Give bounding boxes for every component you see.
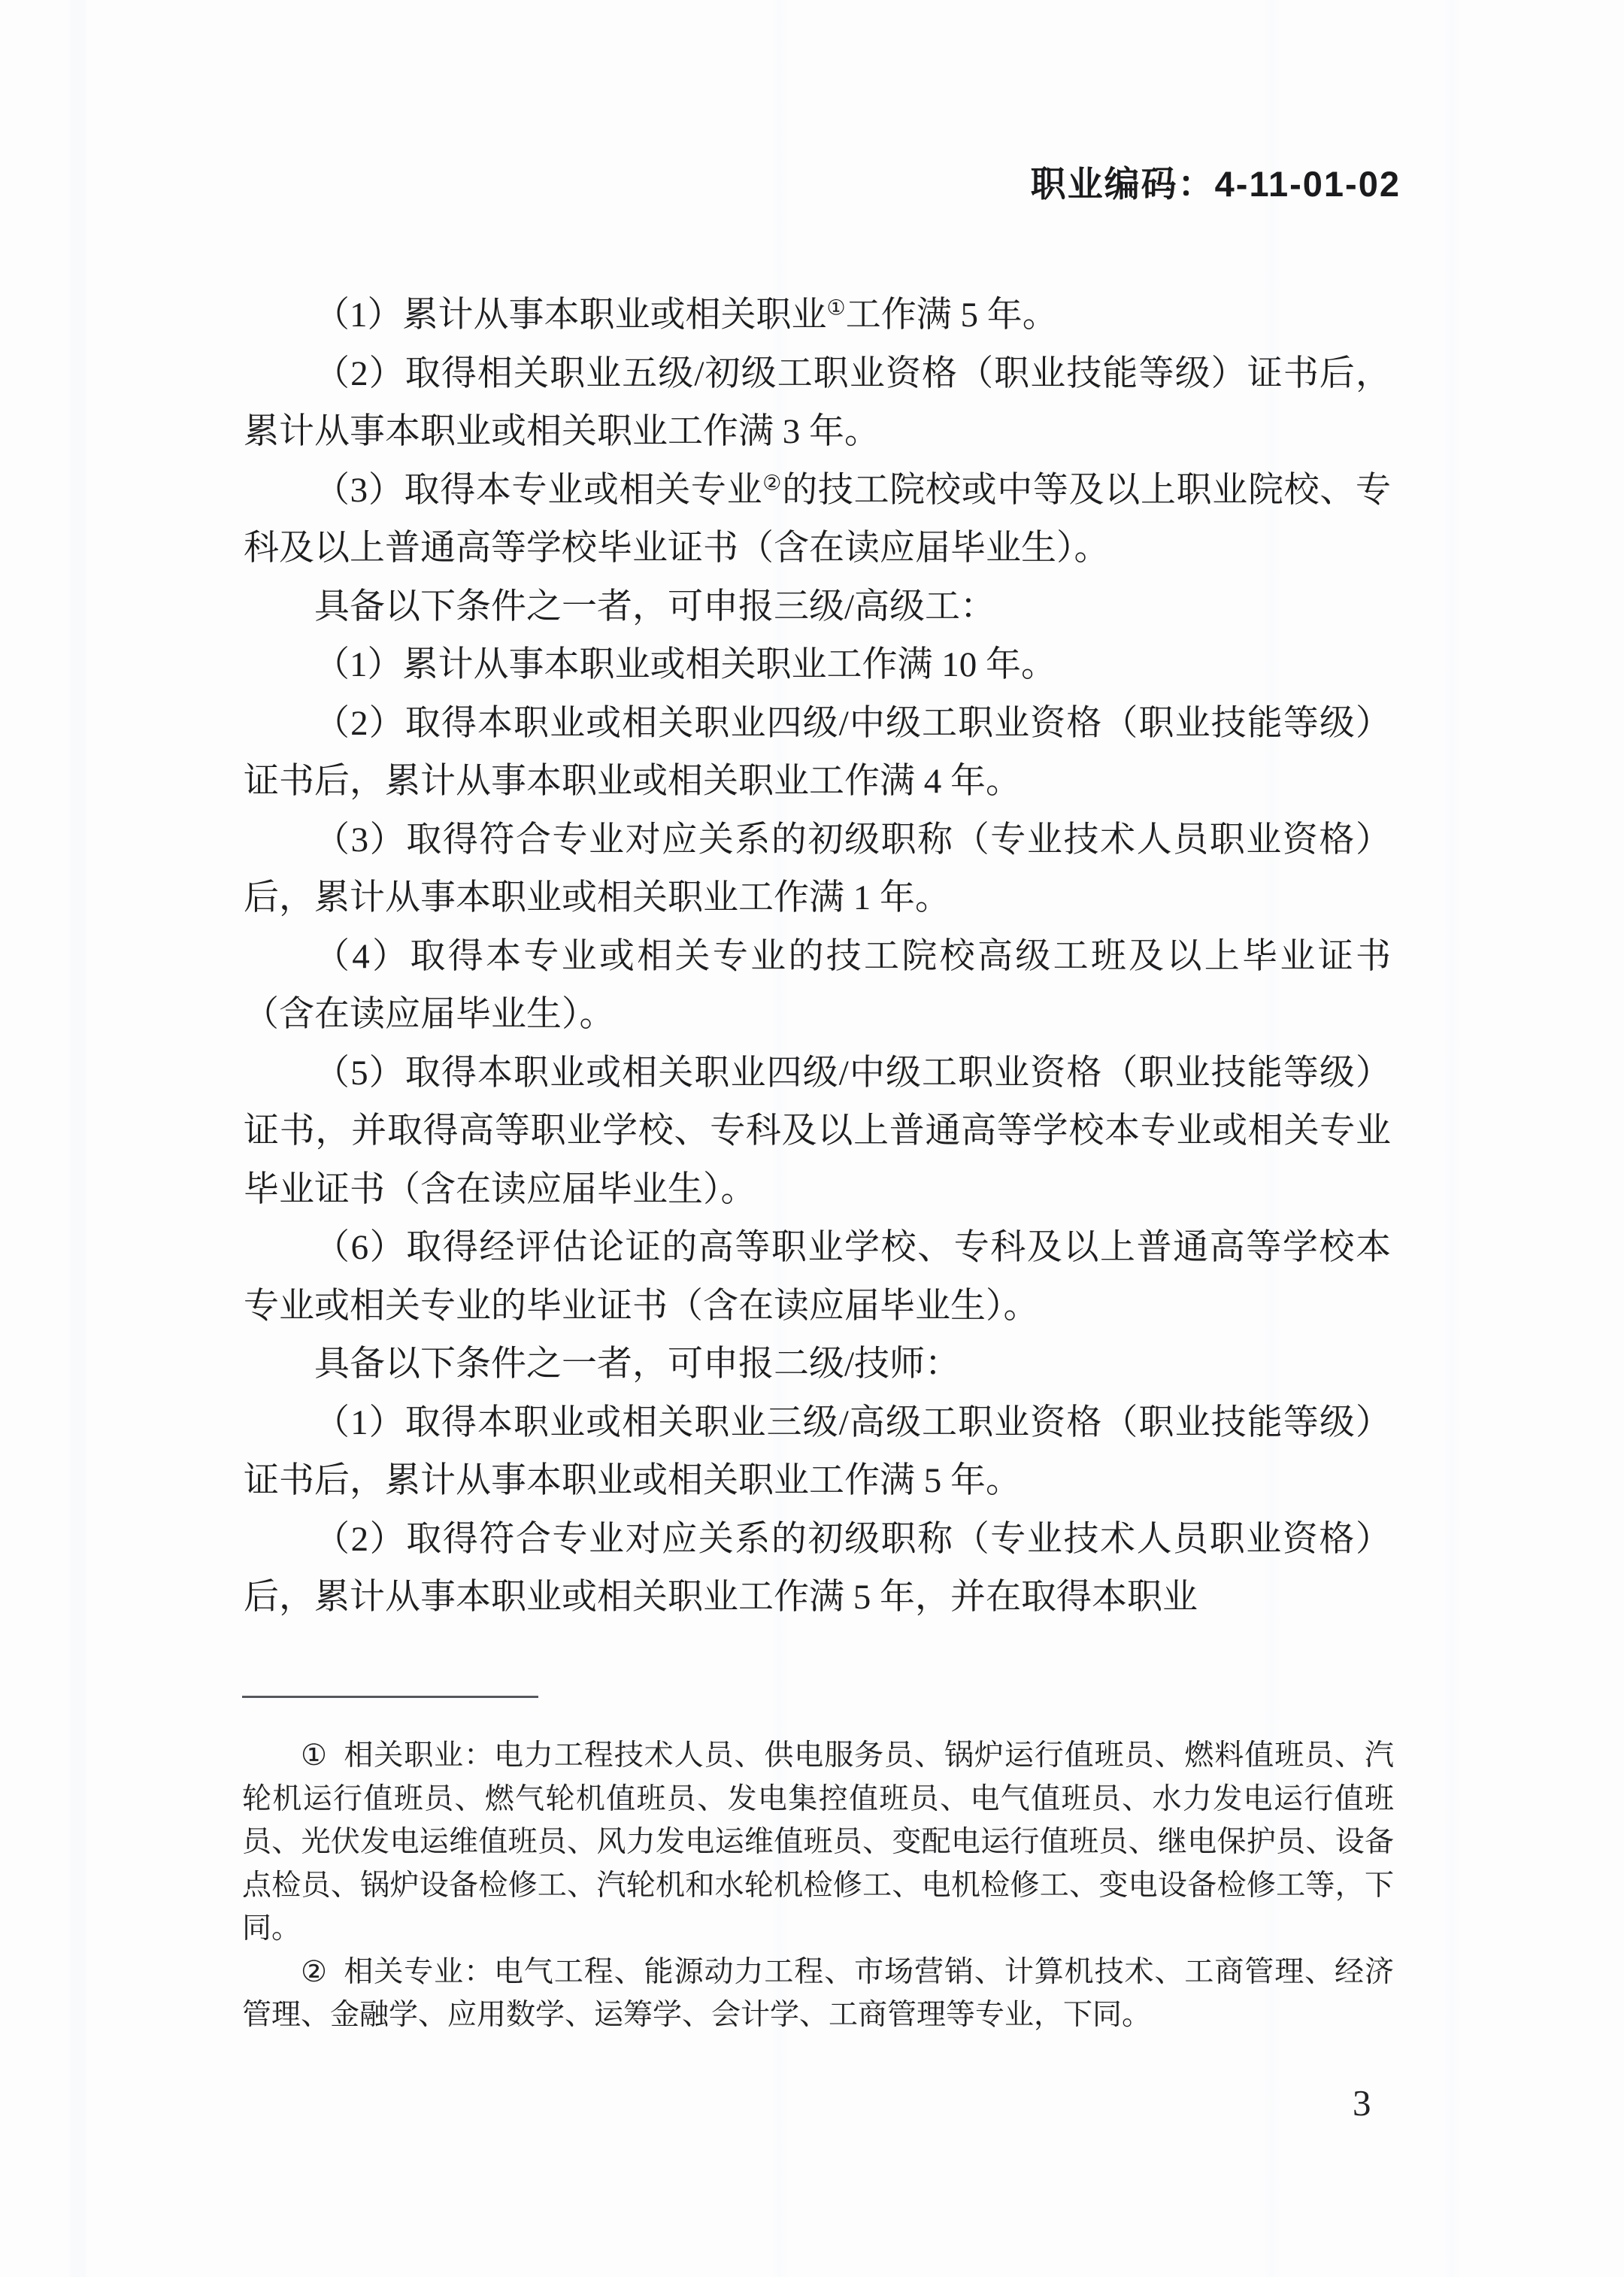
footnotes: ①相关职业：电力工程技术人员、供电服务员、锅炉运行值班员、燃料值班员、汽轮机运行… [242,1734,1394,2037]
paragraph: （2）取得本职业或相关职业四级/中级工职业资格（职业技能等级）证书后，累计从事本… [244,695,1391,811]
paragraph: （2）取得相关职业五级/初级工职业资格（职业技能等级）证书后，累计从事本职业或相… [244,345,1391,462]
footnote-text: 相关专业：电气工程、能源动力工程、市场营销、计算机技术、工商管理、经济管理、金融… [242,1956,1394,2032]
text-segment: （2）取得相关职业五级/初级工职业资格（职业技能等级）证书后，累计从事本职业或相… [244,354,1391,452]
text-segment: 工作满 5 年。 [846,296,1058,335]
paragraph: （1）累计从事本职业或相关职业工作满 10 年。 [244,636,1391,695]
body-text: （1）累计从事本职业或相关职业①工作满 5 年。（2）取得相关职业五级/初级工职… [244,287,1391,1648]
text-segment: （4）取得本专业或相关专业的技工院校高级工班及以上毕业证书（含在读应届毕业生）。 [244,937,1391,1035]
paragraph: （6）取得经评估论证的高等职业学校、专科及以上普通高等学校本专业或相关专业的毕业… [244,1219,1391,1336]
text-segment: （3）取得符合专业对应关系的初级职称（专业技术人员职业资格）后，累计从事本职业或… [244,820,1391,918]
occupation-code: 职业编码：4-11-01-02 [1031,164,1401,204]
text-segment: （5）取得本职业或相关职业四级/中级工职业资格（职业技能等级）证书，并取得高等职… [244,1054,1391,1209]
text-segment: （3）取得本专业或相关专业 [314,471,762,510]
text-segment: （2）取得符合专业对应关系的初级职称（专业技术人员职业资格）后，累计从事本职业或… [244,1520,1391,1618]
paragraph: 具备以下条件之一者，可申报二级/技师： [244,1336,1391,1394]
text-segment: （1）累计从事本职业或相关职业 [314,296,827,335]
text-segment: 具备以下条件之一者，可申报二级/技师： [314,1345,960,1384]
footnote-ref: ② [762,471,782,495]
footnote-marker: ① [301,1739,328,1772]
paragraph: （5）取得本职业或相关职业四级/中级工职业资格（职业技能等级）证书，并取得高等职… [244,1045,1391,1220]
paragraph: （1）取得本职业或相关职业三级/高级工职业资格（职业技能等级）证书后，累计从事本… [244,1394,1391,1511]
footnote-separator [242,1696,538,1698]
page-header: 职业编码：4-11-01-02 [1031,156,1401,207]
footnote-text: 相关职业：电力工程技术人员、供电服务员、锅炉运行值班员、燃料值班员、汽轮机运行值… [242,1739,1394,1945]
text-segment: （1）累计从事本职业或相关职业工作满 10 年。 [314,645,1056,684]
text-segment: （1）取得本职业或相关职业三级/高级工职业资格（职业技能等级）证书后，累计从事本… [244,1403,1391,1501]
page-number: 3 [1353,2081,1371,2124]
footnote-item: ①相关职业：电力工程技术人员、供电服务员、锅炉运行值班员、燃料值班员、汽轮机运行… [242,1734,1394,1951]
paragraph: （1）累计从事本职业或相关职业①工作满 5 年。 [244,287,1391,345]
paragraph: 具备以下条件之一者，可申报三级/高级工： [244,578,1391,637]
text-segment: （6）取得经评估论证的高等职业学校、专科及以上普通高等学校本专业或相关专业的毕业… [244,1228,1391,1326]
paragraph: （2）取得符合专业对应关系的初级职称（专业技术人员职业资格）后，累计从事本职业或… [244,1511,1391,1627]
paragraph: （3）取得本专业或相关专业②的技工院校或中等及以上职业院校、专科及以上普通高等学… [244,462,1391,578]
footnote-item: ②相关专业：电气工程、能源动力工程、市场营销、计算机技术、工商管理、经济管理、金… [242,1951,1394,2037]
document-page: 职业编码：4-11-01-02 （1）累计从事本职业或相关职业①工作满 5 年。… [0,0,1624,2277]
paragraph: （3）取得符合专业对应关系的初级职称（专业技术人员职业资格）后，累计从事本职业或… [244,811,1391,928]
paragraph: （4）取得本专业或相关专业的技工院校高级工班及以上毕业证书（含在读应届毕业生）。 [244,928,1391,1045]
footnote-marker: ② [301,1956,328,1988]
text-segment: （2）取得本职业或相关职业四级/中级工职业资格（职业技能等级）证书后，累计从事本… [244,704,1391,802]
footnote-ref: ① [827,297,846,320]
text-segment: 具备以下条件之一者，可申报三级/高级工： [314,587,995,626]
